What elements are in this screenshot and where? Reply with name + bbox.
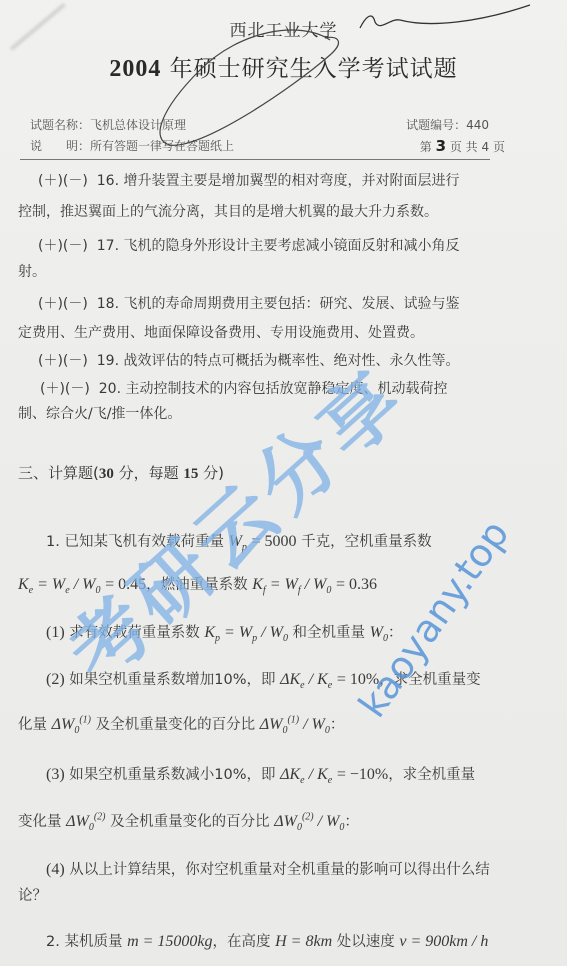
exam-title: 2004 年硕士研究生入学考试试题 (0, 50, 567, 83)
problem-1-q4-cont: 论？ (18, 884, 47, 905)
page-total: 4 (482, 140, 490, 154)
problem-1-q3: (3) 如果空机重量系数减小10%，即 ΔKe / Ke = −10%，求全机重… (46, 763, 475, 786)
exam-code-value: 440 (466, 118, 489, 132)
note-line: 说 明：所有答题一律写在答题纸上 (30, 137, 234, 154)
problem-1-intro: 1. 已知某飞机有效载荷重量 Wp = 5000 千克，空机重量系数 (46, 530, 432, 553)
problem-1-q2-cont: 化量 ΔW0(1) 及全机重量变化的百分比 ΔW0(1) / W0： (18, 713, 344, 736)
problem-1-q4: (4) 从以上计算结果，你对空机重量对全机重量的影响可以得出什么结 (46, 858, 490, 879)
exam-page: 西北工业大学 2004 年硕士研究生入学考试试题 试题名称：飞机总体设计原理 说… (0, 0, 567, 966)
problem-1-q2: (2) 如果空机重量系数增加10%，即 ΔKe / Ke = 10%，求全机重量… (46, 668, 481, 691)
tf-item-20: (＋)(－) 20. 主动控制技术的内容包括放宽静稳定度、机动载荷控 (40, 378, 447, 398)
problem-2-intro: 2. 某机质量 m = 15000kg，在高度 H = 8km 处以速度 v =… (46, 930, 488, 951)
exam-code: 试题编号：440 (406, 116, 489, 133)
tf-item-16-cont: 控制，推迟翼面上的气流分离，其目的是增大机翼的最大升力系数。 (18, 201, 438, 221)
section-calculation-heading: 三、计算题(30 分，每题 15 分) (18, 462, 224, 483)
note-text: 所有答题一律写在答题纸上 (90, 139, 234, 153)
university-name: 西北工业大学 (0, 16, 567, 41)
tf-item-18: (＋)(－) 18. 飞机的寿命周期费用主要包括：研究、发展、试验与鉴 (38, 293, 459, 313)
problem-1-q1: (1) 求有效载荷重量系数 Kp = Wp / W0 和全机重量 W0： (46, 621, 403, 644)
header-divider (20, 159, 490, 160)
tf-item-19: (＋)(－) 19. 战效评估的特点可概括为概率性、绝对性、永久性等。 (38, 350, 459, 370)
tf-item-17: (＋)(－) 17. 飞机的隐身外形设计主要考虑减小镜面反射和减小角反 (38, 235, 459, 255)
page-current: 3 (436, 137, 446, 155)
tf-item-18-cont: 定费用、生产费用、地面保障设备费用、专用设施费用、处置费。 (18, 322, 424, 342)
tf-item-16: (＋)(－) 16. 增升装置主要是增加翼型的相对弯度，并对附面层进行 (38, 170, 459, 190)
exam-title-text: 年硕士研究生入学考试试题 (170, 56, 458, 82)
tf-item-20-cont: 制、综合火/飞/推一体化。 (18, 403, 181, 423)
problem-1-q3-cont: 变化量 ΔW0(2) 及全机重量变化的百分比 ΔW0(2) / W0： (18, 810, 359, 833)
exam-year: 2004 (109, 56, 161, 82)
page-indicator: 第 3 页 共 4 页 (420, 137, 505, 155)
subject-line: 试题名称：飞机总体设计原理 (30, 116, 186, 133)
tf-item-17-cont: 射。 (18, 261, 46, 281)
problem-1-coefficients: Ke = We / W0 = 0.45，燃油重量系数 Kf = Wf / W0 … (18, 573, 377, 596)
subject-name: 飞机总体设计原理 (90, 118, 186, 132)
